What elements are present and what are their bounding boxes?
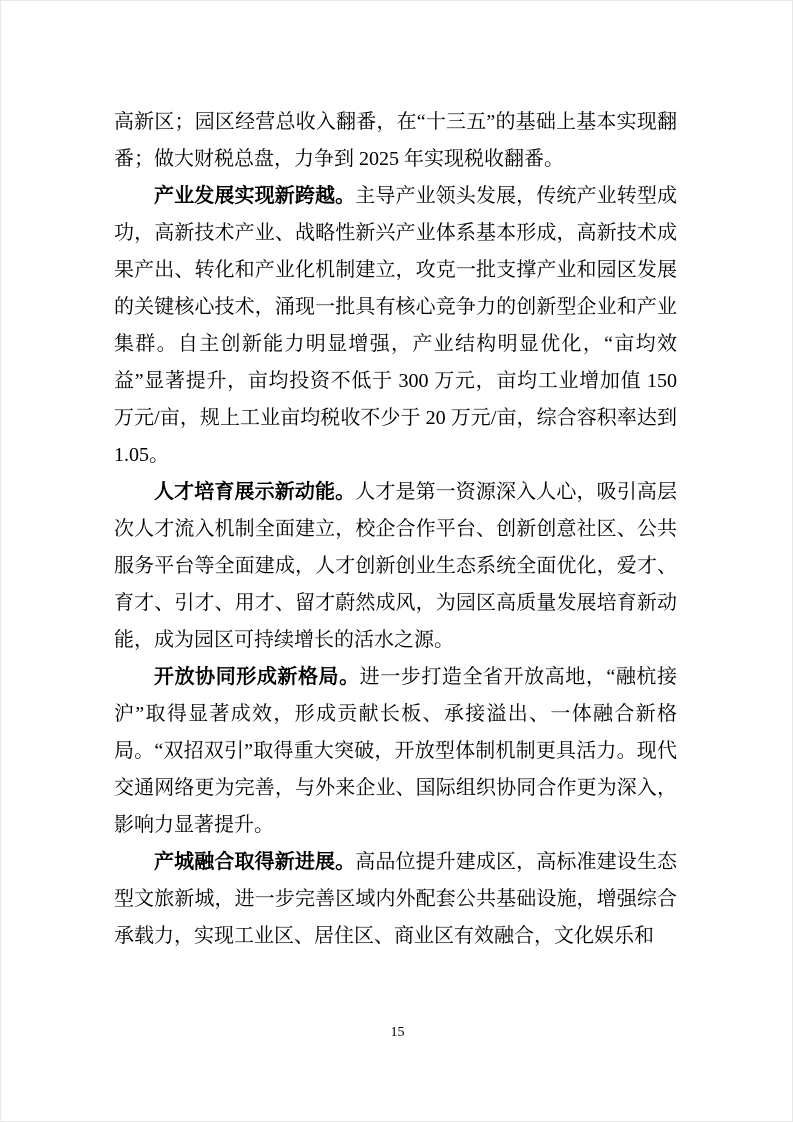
paragraph-lead: 人才培育展示新动能。 bbox=[154, 481, 355, 503]
paragraph-text: 主导产业领头发展，传统产业转型成功，高新技术产业、战略性新兴产业体系基本形成，高… bbox=[114, 185, 677, 466]
paragraph-text: 人才是第一资源深入人心，吸引高层次人才流入机制全面建立，校企合作平台、创新创意社… bbox=[114, 481, 677, 651]
paragraph-text: 进一步打造全省开放高地，“融杭接沪”取得显著成效，形成贡献长板、承接溢出、一体融… bbox=[114, 666, 677, 836]
paragraph-lead: 产业发展实现新跨越。 bbox=[154, 185, 355, 207]
paragraph-text: 高新区；园区经营总收入翻番，在“十三五”的基础上基本实现翻番；做大财税总盘，力争… bbox=[114, 111, 677, 170]
paragraph-lead: 产城融合取得新进展。 bbox=[154, 851, 355, 873]
paragraph-continuation: 高新区；园区经营总收入翻番，在“十三五”的基础上基本实现翻番；做大财税总盘，力争… bbox=[114, 104, 677, 178]
paragraph-city-integration: 产城融合取得新进展。高品位提升建成区，高标准建设生态型文旅新城，进一步完善区域内… bbox=[114, 844, 677, 955]
text-body: 高新区；园区经营总收入翻番，在“十三五”的基础上基本实现翻番；做大财税总盘，力争… bbox=[114, 104, 677, 955]
paragraph-industry: 产业发展实现新跨越。主导产业领头发展，传统产业转型成功，高新技术产业、战略性新兴… bbox=[114, 178, 677, 474]
document-page: 高新区；园区经营总收入翻番，在“十三五”的基础上基本实现翻番；做大财税总盘，力争… bbox=[0, 0, 793, 1122]
page-number: 15 bbox=[1, 1025, 793, 1041]
paragraph-openness: 开放协同形成新格局。进一步打造全省开放高地，“融杭接沪”取得显著成效，形成贡献长… bbox=[114, 659, 677, 844]
paragraph-talent: 人才培育展示新动能。人才是第一资源深入人心，吸引高层次人才流入机制全面建立，校企… bbox=[114, 474, 677, 659]
paragraph-lead: 开放协同形成新格局。 bbox=[154, 666, 360, 688]
